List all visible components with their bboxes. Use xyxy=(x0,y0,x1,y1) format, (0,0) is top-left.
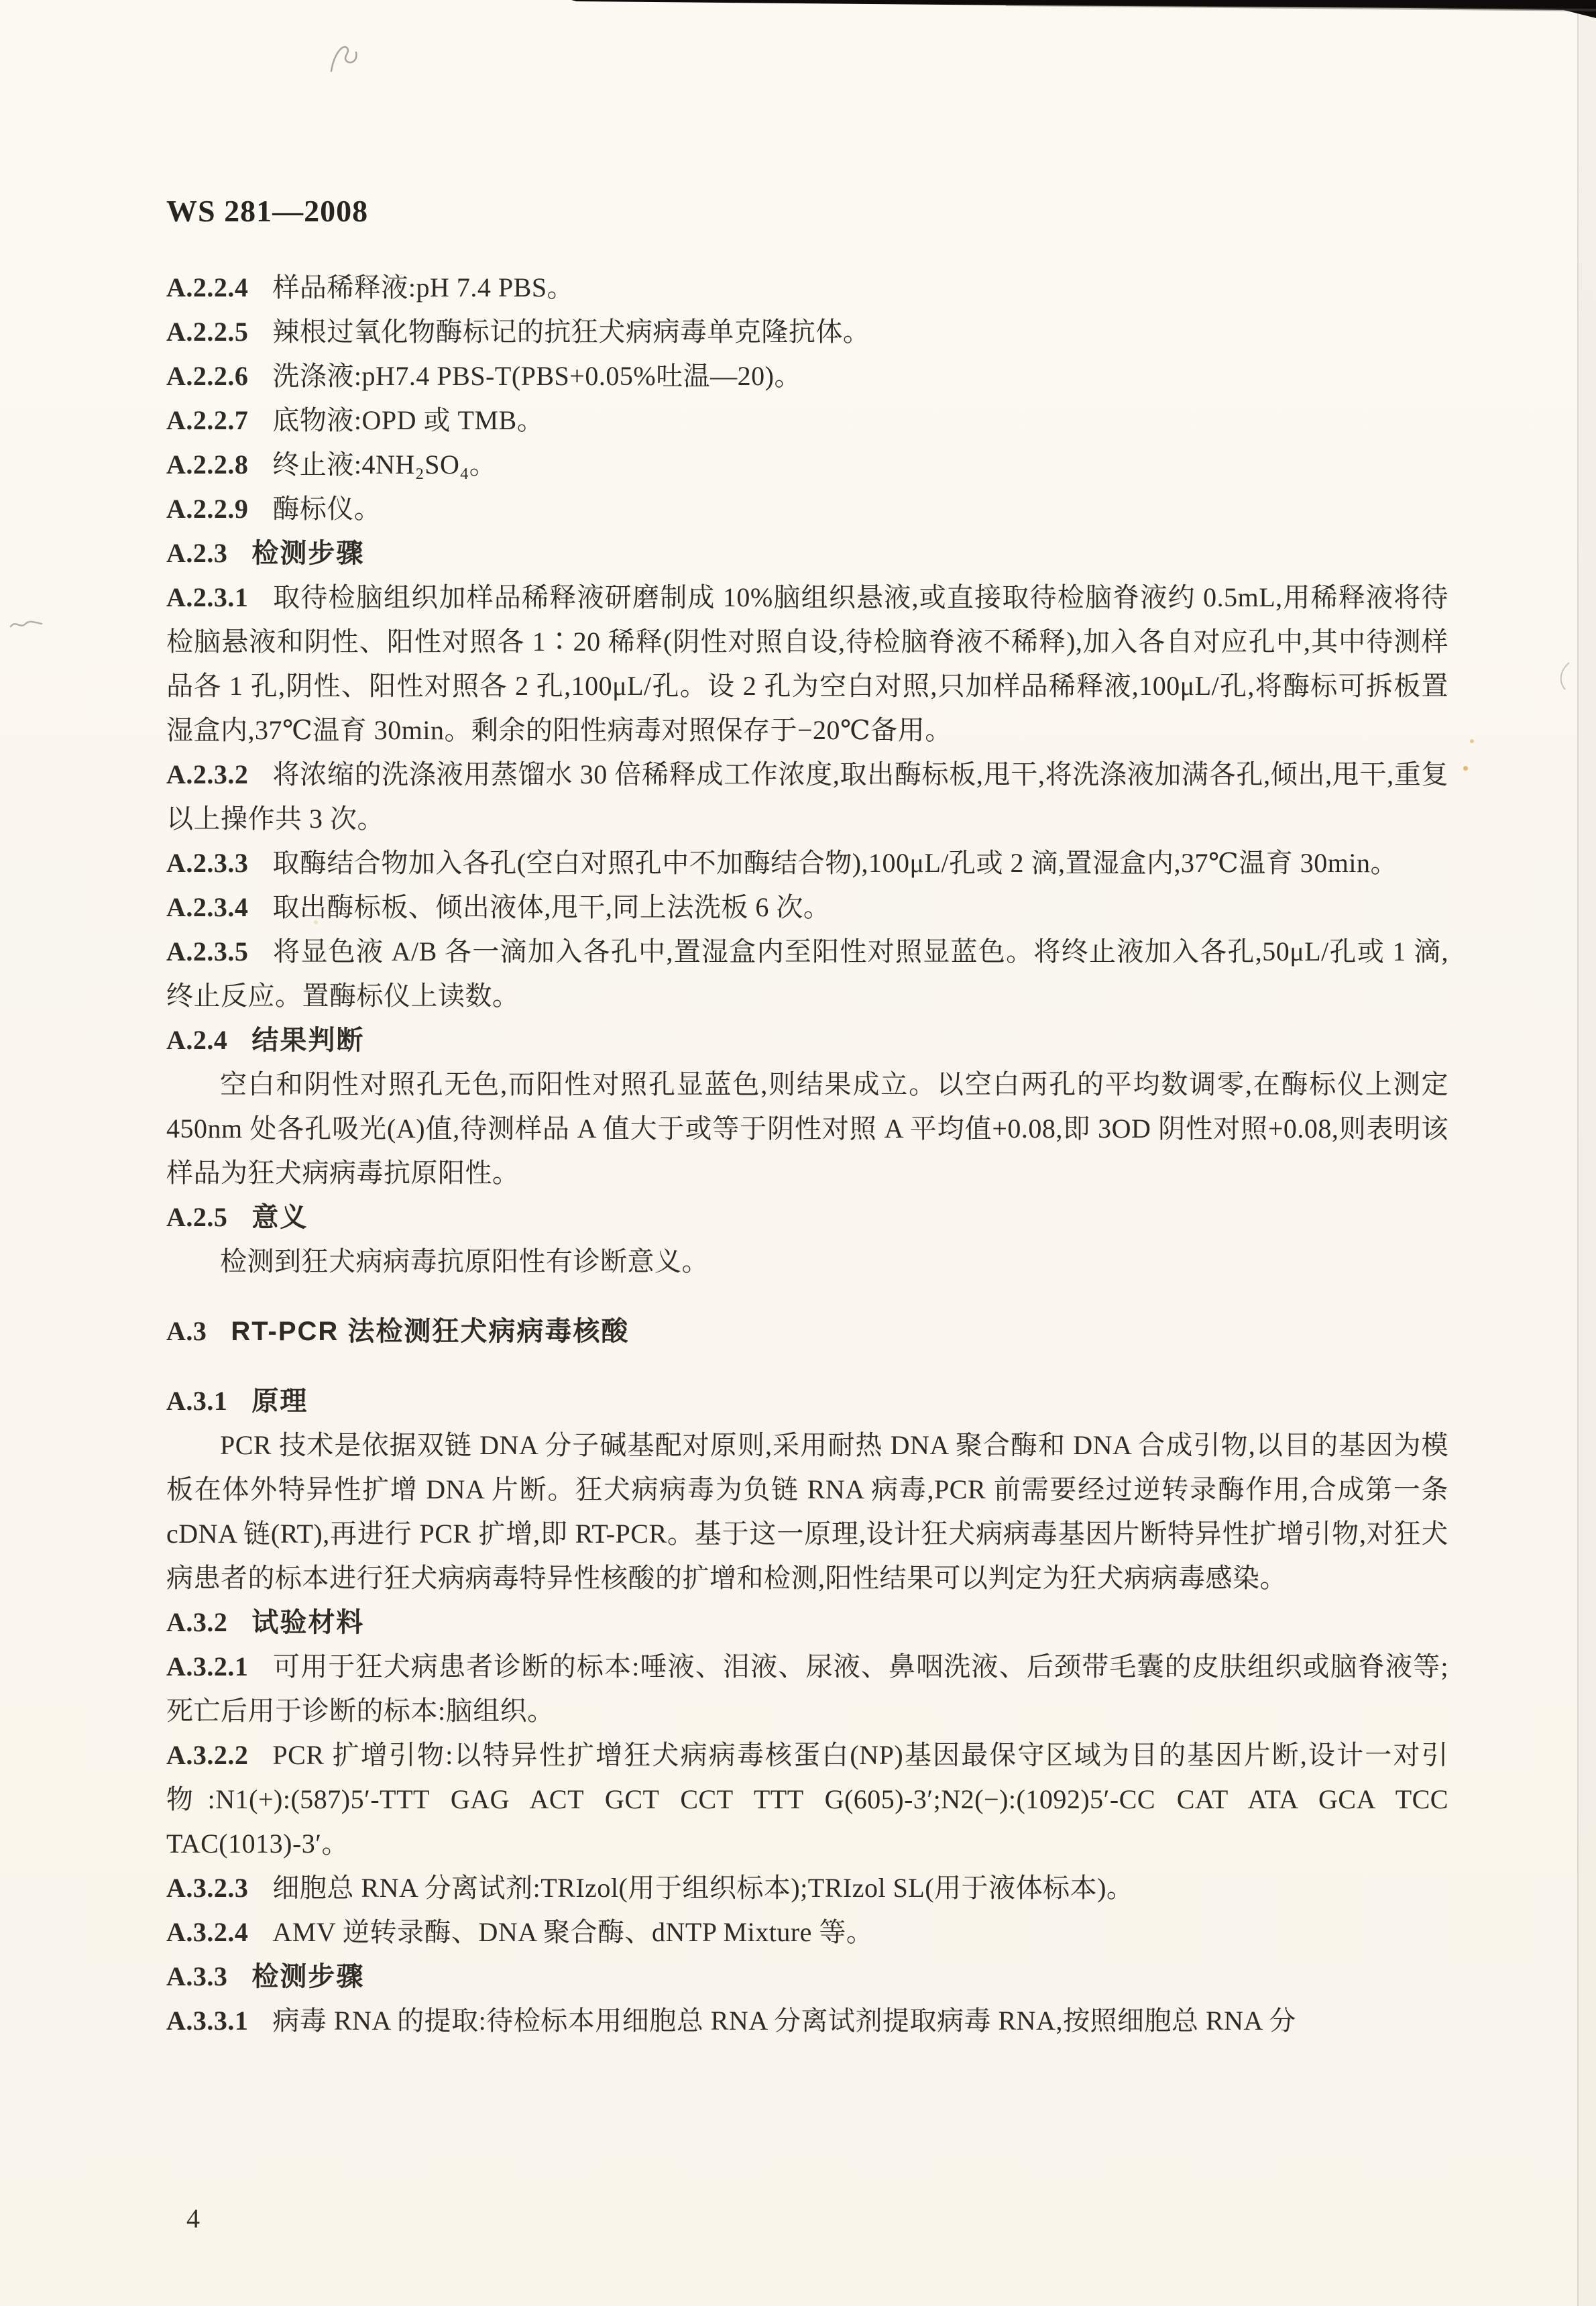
page-edge-strip xyxy=(1579,0,1596,2306)
clause-number: A.2.2.7 xyxy=(166,405,248,435)
clause-text: 辣根过氧化物酶标记的抗狂犬病病毒单克隆抗体。 xyxy=(272,317,870,347)
clause-number: A.2.2.6 xyxy=(166,361,248,391)
clause-number: A.2.3.2 xyxy=(166,759,248,789)
clause-number: A.2.5 xyxy=(166,1202,227,1232)
clause-a-2-3-4: A.2.3.4取出酶标板、倾出液体,甩干,同上法洗板 6 次。 xyxy=(166,885,1448,930)
scanned-document-page: WS 281—2008 A.2.2.4样品稀释液:pH 7.4 PBS。A.2.… xyxy=(0,0,1596,2306)
clause-para: PCR 技术是依据双链 DNA 分子碱基配对原则,采用耐热 DNA 聚合酶和 D… xyxy=(166,1423,1448,1600)
clause-a-2-2-8: A.2.2.8终止液:4NH₂SO₄。 xyxy=(166,443,1448,487)
section-heading-a-2-4: A.2.4结果判断 xyxy=(166,1018,1448,1062)
clause-a-3-2-3: A.3.2.3细胞总 RNA 分离试剂:TRIzol(用于组织标本);TRIzo… xyxy=(166,1866,1448,1910)
clause-a-2-3-1: A.2.3.1取待检脑组织加样品稀释液研磨制成 10%脑组织悬液,或直接取待检脑… xyxy=(166,575,1448,753)
section-heading-a-3-3: A.3.3检测步骤 xyxy=(166,1955,1448,1999)
clause-number: A.3.1 xyxy=(166,1386,227,1416)
clause-text: PCR 扩增引物:以特异性扩增狂犬病病毒核蛋白(NP)基因最保守区域为目的基因片… xyxy=(166,1740,1448,1859)
clause-number: A.2.2.8 xyxy=(166,449,248,480)
clause-a-2-2-4: A.2.2.4样品稀释液:pH 7.4 PBS。 xyxy=(166,266,1448,310)
clause-para: 检测到狂犬病病毒抗原阳性有诊断意义。 xyxy=(166,1240,1448,1284)
clause-a-2-2-7: A.2.2.7底物液:OPD 或 TMB。 xyxy=(166,398,1448,443)
clause-number: A.3.2 xyxy=(166,1607,227,1637)
clause-text: 样品稀释液:pH 7.4 PBS。 xyxy=(272,272,574,303)
clause-text: 取待检脑组织加样品稀释液研磨制成 10%脑组织悬液,或直接取待检脑脊液约 0.5… xyxy=(166,582,1448,745)
clause-number: A.3.2.1 xyxy=(166,1651,248,1682)
clause-number: A.2.3 xyxy=(166,538,227,568)
clause-text: 细胞总 RNA 分离试剂:TRIzol(用于组织标本);TRIzol SL(用于… xyxy=(272,1873,1133,1903)
section-heading-a-2-3: A.2.3检测步骤 xyxy=(166,531,1448,575)
clause-number: A.2.2.5 xyxy=(166,317,248,347)
clause-text: PCR 技术是依据双链 DNA 分子碱基配对原则,采用耐热 DNA 聚合酶和 D… xyxy=(166,1430,1448,1593)
edge-scratch-mark xyxy=(1553,661,1573,691)
clause-number: A.3.2.3 xyxy=(166,1873,248,1903)
clause-number: A.3.2.4 xyxy=(166,1917,248,1947)
heading-text: 检测步骤 xyxy=(251,539,364,568)
scan-edge-artifact-top xyxy=(0,0,1596,21)
standard-number-header: WS 281—2008 xyxy=(166,193,368,229)
page-edge-crease-line xyxy=(1577,0,1579,2306)
clause-number: A.2.2.9 xyxy=(166,494,248,524)
clause-number: A.2.3.1 xyxy=(166,582,248,612)
paper-curl-mark xyxy=(327,42,362,72)
clause-text: 将显色液 A/B 各一滴加入各孔中,置湿盒内至阳性对照显蓝色。将终止液加入各孔,… xyxy=(166,936,1448,1011)
clause-a-3-3-1: A.3.3.1病毒 RNA 的提取:待检标本用细胞总 RNA 分离试剂提取病毒 … xyxy=(166,1999,1448,2043)
clause-text: 终止液:4NH₂SO₄。 xyxy=(272,449,496,480)
paper-speck xyxy=(1470,739,1474,743)
clause-text: 空白和阴性对照孔无色,而阳性对照孔显蓝色,则结果成立。以空白两孔的平均数调零,在… xyxy=(166,1069,1448,1188)
heading-text: 原理 xyxy=(251,1386,308,1416)
document-body: A.2.2.4样品稀释液:pH 7.4 PBS。A.2.2.5辣根过氧化物酶标记… xyxy=(166,266,1448,2043)
clause-number: A.3 xyxy=(166,1316,207,1346)
clause-number: A.2.4 xyxy=(166,1025,227,1055)
clause-a-2-3-5: A.2.3.5将显色液 A/B 各一滴加入各孔中,置湿盒内至阳性对照显蓝色。将终… xyxy=(166,930,1448,1018)
section-heading-a-3-1: A.3.1原理 xyxy=(166,1379,1448,1423)
clause-text: 病毒 RNA 的提取:待检标本用细胞总 RNA 分离试剂提取病毒 RNA,按照细… xyxy=(272,2006,1296,2036)
clause-text: 取出酶标板、倾出液体,甩干,同上法洗板 6 次。 xyxy=(272,892,830,922)
clause-a-3-2-4: A.3.2.4AMV 逆转录酶、DNA 聚合酶、dNTP Mixture 等。 xyxy=(166,1910,1448,1955)
clause-a-2-2-9: A.2.2.9酶标仪。 xyxy=(166,487,1448,531)
clause-number: A.2.2.4 xyxy=(166,272,248,303)
section-heading-a-3-2: A.3.2试验材料 xyxy=(166,1600,1448,1645)
clause-text: 取酶结合物加入各孔(空白对照孔中不加酶结合物),100μL/孔或 2 滴,置湿盒… xyxy=(272,848,1398,878)
page-number: 4 xyxy=(186,2203,200,2234)
section-heading-a-2-5: A.2.5意义 xyxy=(166,1195,1448,1240)
heading-text: RT-PCR 法检测狂犬病病毒核酸 xyxy=(231,1317,629,1346)
clause-text: 酶标仪。 xyxy=(272,494,381,524)
clause-text: 可用于狂犬病患者诊断的标本:唾液、泪液、尿液、鼻咽洗液、后颈带毛囊的皮肤组织或脑… xyxy=(166,1651,1448,1726)
clause-text: 将浓缩的洗涤液用蒸馏水 30 倍稀释成工作浓度,取出酶标板,甩干,将洗涤液加满各… xyxy=(166,759,1448,834)
clause-a-2-3-2: A.2.3.2将浓缩的洗涤液用蒸馏水 30 倍稀释成工作浓度,取出酶标板,甩干,… xyxy=(166,753,1448,841)
heading-text: 检测步骤 xyxy=(251,1962,364,1991)
clause-number: A.2.3.4 xyxy=(166,892,248,922)
heading-text: 意义 xyxy=(251,1203,308,1232)
clause-number: A.3.2.2 xyxy=(166,1740,248,1770)
heading-text: 结果判断 xyxy=(251,1026,364,1055)
clause-text: 检测到狂犬病病毒抗原阳性有诊断意义。 xyxy=(220,1246,709,1276)
clause-text: 底物液:OPD 或 TMB。 xyxy=(272,405,544,435)
clause-number: A.3.3.1 xyxy=(166,2006,248,2036)
clause-text: 洗涤液:pH7.4 PBS-T(PBS+0.05%吐温—20)。 xyxy=(272,361,801,391)
pencil-squiggle-mark xyxy=(9,616,44,636)
heading-text: 试验材料 xyxy=(251,1608,364,1637)
clause-text: AMV 逆转录酶、DNA 聚合酶、dNTP Mixture 等。 xyxy=(272,1917,873,1947)
paper-speck xyxy=(1463,766,1468,771)
clause-a-2-2-6: A.2.2.6洗涤液:pH7.4 PBS-T(PBS+0.05%吐温—20)。 xyxy=(166,354,1448,398)
clause-a-2-3-3: A.2.3.3取酶结合物加入各孔(空白对照孔中不加酶结合物),100μL/孔或 … xyxy=(166,841,1448,885)
clause-a-3-2-1: A.3.2.1可用于狂犬病患者诊断的标本:唾液、泪液、尿液、鼻咽洗液、后颈带毛囊… xyxy=(166,1645,1448,1733)
scan-edge-shape xyxy=(0,0,1596,21)
clause-number: A.2.3.5 xyxy=(166,936,248,967)
section-heading-a-3: A.3RT-PCR 法检测狂犬病病毒核酸 xyxy=(166,1309,1448,1354)
clause-number: A.2.3.3 xyxy=(166,848,248,878)
clause-a-3-2-2: A.3.2.2PCR 扩增引物:以特异性扩增狂犬病病毒核蛋白(NP)基因最保守区… xyxy=(166,1733,1448,1866)
clause-a-2-2-5: A.2.2.5辣根过氧化物酶标记的抗狂犬病病毒单克隆抗体。 xyxy=(166,310,1448,354)
clause-para: 空白和阴性对照孔无色,而阳性对照孔显蓝色,则结果成立。以空白两孔的平均数调零,在… xyxy=(166,1062,1448,1195)
clause-number: A.3.3 xyxy=(166,1961,227,1991)
